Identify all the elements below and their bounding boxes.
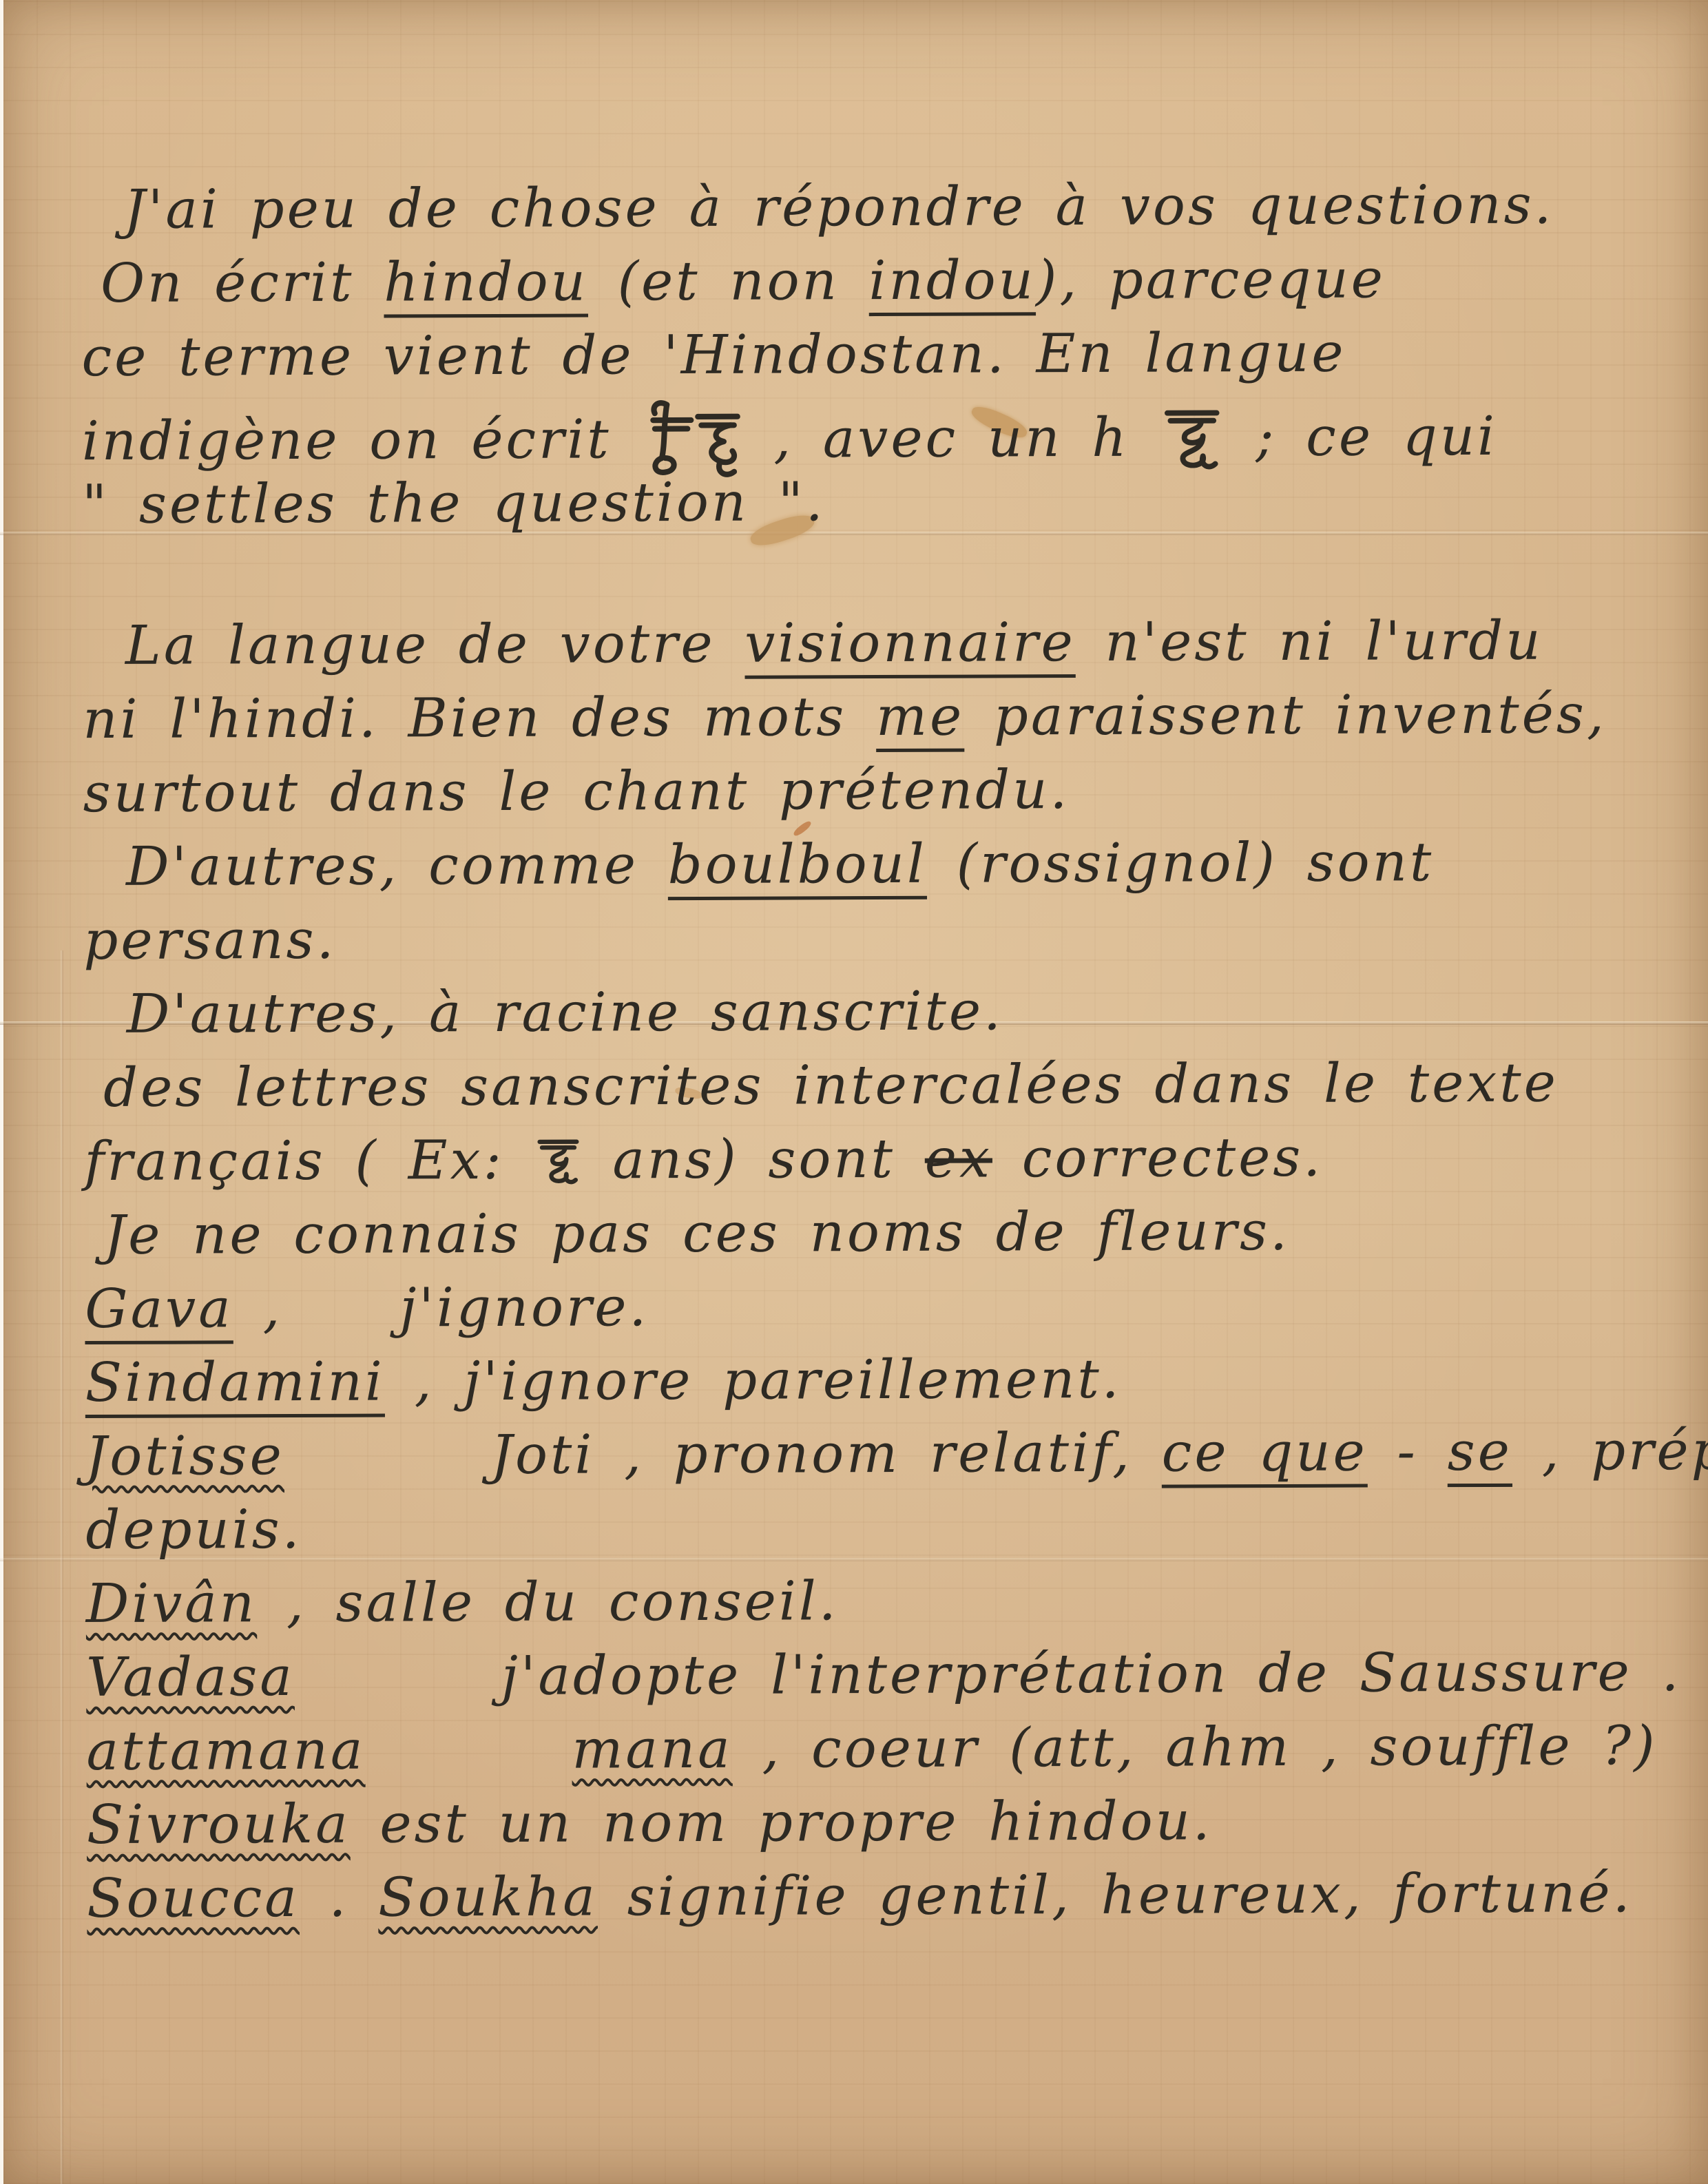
letter-text: - — [1368, 1421, 1448, 1483]
letter-line: " settles the question ". — [82, 463, 1685, 542]
letter-text: français ( Ex: — [84, 1130, 533, 1193]
letter-line: D'autres, comme boulboul (rossignol) son… — [83, 825, 1687, 904]
letter-text: , avec un h — [744, 407, 1158, 470]
underlined-term: Sivrouka — [87, 1793, 351, 1856]
letter-text: ni l'hindi. Bien des mots — [83, 686, 876, 751]
underlined-term: me — [876, 686, 964, 748]
letter-line: indigène on écrit , avec un h ; ce qui — [82, 389, 1685, 468]
letter-text: , — [233, 1278, 283, 1340]
letter-line: Vadasaj'adopte l'interprétation de Sauss… — [86, 1636, 1689, 1715]
letter-line: J'ai peu de chose à répondre à vos quest… — [81, 168, 1685, 247]
devanagari-ha-letter-glyph — [533, 1132, 583, 1189]
letter-body: J'ai peu de chose à répondre à vos quest… — [81, 168, 1691, 1936]
column-gap — [282, 1326, 399, 1327]
letter-text: n'est ni l'urdu — [1075, 610, 1543, 674]
underlined-term: hindou — [384, 251, 588, 314]
underlined-term: se — [1447, 1421, 1512, 1483]
underlined-term: Soukha — [378, 1866, 598, 1928]
letter-text: des lettres sanscrites intercalées dans … — [103, 1052, 1559, 1119]
letter-text: On écrit — [101, 252, 384, 315]
column-gap — [295, 1694, 501, 1695]
devanagari-ha-letter-glyph — [1158, 399, 1226, 476]
letter-text: D'autres, comme — [126, 834, 668, 898]
underlined-term: boulboul — [668, 833, 927, 896]
letter-line: surtout dans le chant prétendu. — [83, 751, 1686, 831]
letter-text: correctes. — [992, 1127, 1323, 1190]
fold-crease-vertical — [61, 950, 63, 2184]
letter-text: persans. — [83, 909, 336, 972]
letter-line: ce terme vient de 'Hindostan. En langue — [81, 315, 1685, 395]
letter-line: Je ne connais pas ces noms de fleurs. — [85, 1194, 1688, 1273]
column-gap — [284, 1473, 491, 1474]
letter-line: Sindamini , j'ignore pareillement. — [85, 1341, 1688, 1420]
letter-text: signifie gentil, heureux, fortuné. — [598, 1862, 1633, 1928]
letter-line: français ( Ex: ans) sont ex correctes. — [84, 1120, 1687, 1199]
letter-text: depuis. — [85, 1499, 302, 1561]
underlined-term: Jotisse — [85, 1425, 284, 1488]
underlined-term: visionnaire — [744, 612, 1076, 675]
underlined-term: Gava — [85, 1278, 233, 1340]
letter-text: , salle du conseil. — [257, 1570, 839, 1634]
letter-line: On écrit hindou (et non indou), parceque — [81, 242, 1685, 321]
letter-line: ni l'hindi. Bien des mots me paraissent … — [83, 678, 1686, 757]
letter-text: Je ne connais pas ces noms de fleurs. — [104, 1200, 1290, 1267]
letter-line: persans. — [83, 899, 1687, 978]
letter-text: paraissent inventés, — [964, 683, 1607, 747]
scanned-letter-page: { "paper": { "color": "#d8b88f", "ink": … — [0, 0, 1708, 2184]
underlined-term: ce que — [1162, 1422, 1368, 1484]
letter-line: La langue de votre visionnaire n'est ni … — [83, 604, 1686, 683]
letter-text: ans) sont — [583, 1128, 924, 1192]
underlined-term: mana — [572, 1718, 733, 1781]
letter-text: est un nom propre hindou. — [350, 1790, 1212, 1855]
letter-text: La langue de votre — [125, 613, 745, 677]
letter-line: Sivrouka est un nom propre hindou. — [87, 1783, 1690, 1862]
underlined-term: attamana — [86, 1720, 365, 1782]
scan-edge — [0, 0, 3, 2184]
letter-line: Divân , salle du conseil. — [86, 1562, 1689, 1641]
underlined-term: Divân — [86, 1572, 258, 1635]
letter-line: Soucca . Soukha signifie gentil, heureux… — [87, 1857, 1690, 1936]
letter-text: J'ai peu de chose à répondre à vos quest… — [124, 174, 1554, 241]
letter-text: (et non — [588, 250, 869, 313]
letter-text: j'adopte l'interprétation de Saussure . — [501, 1641, 1682, 1707]
underlined-term: Soucca — [87, 1867, 300, 1930]
letter-text: indigène on écrit — [82, 408, 641, 472]
letter-line: D'autres, à racine sanscrite. — [84, 973, 1687, 1052]
letter-text: D'autres, à racine sanscrite. — [127, 980, 1003, 1045]
letter-line: attamanamana , coeur (att, ahm , souffle… — [86, 1709, 1689, 1789]
letter-text: , prép de, — [1512, 1419, 1708, 1483]
letter-line: Gava ,j'ignore. — [85, 1267, 1688, 1346]
letter-text: j'ignore. — [399, 1276, 649, 1339]
letter-text: ce terme vient de 'Hindostan. En langue — [81, 322, 1346, 388]
letter-text: surtout dans le chant prétendu. — [83, 759, 1070, 824]
letter-text: " settles the question ". — [82, 471, 826, 536]
letter-text: Joti , pronom relatif, — [491, 1422, 1162, 1486]
letter-text: . — [300, 1867, 379, 1929]
letter-text: ), parceque — [1036, 248, 1386, 311]
letter-line: depuis. — [85, 1488, 1689, 1568]
letter-text: (rossignol) sont — [927, 831, 1435, 895]
letter-text: , j'ignore pareillement. — [385, 1349, 1122, 1413]
underlined-term: Sindamini — [85, 1351, 385, 1415]
letter-text: ; ce qui — [1226, 406, 1497, 468]
underlined-term: indou — [868, 249, 1036, 312]
underlined-term: Vadasa — [86, 1646, 295, 1709]
letter-text: ex — [925, 1127, 992, 1189]
letter-text: , coeur (att, ahm , souffle ?) — [733, 1715, 1658, 1780]
letter-line: des lettres sanscrites intercalées dans … — [84, 1046, 1687, 1125]
letter-line: JotisseJoti , pronom relatif, ce que - s… — [85, 1415, 1689, 1494]
column-gap — [366, 1768, 572, 1769]
